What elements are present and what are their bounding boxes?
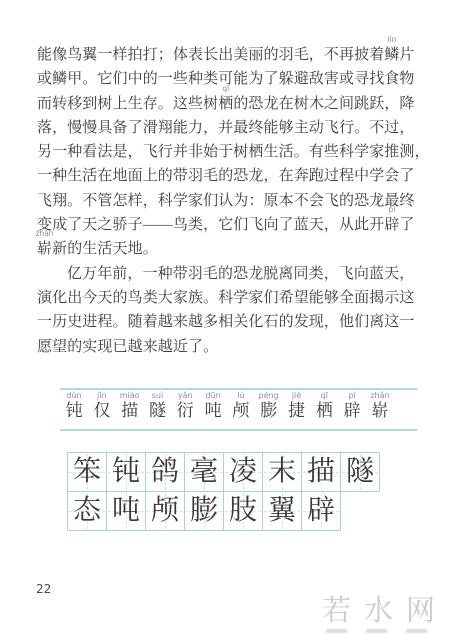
vocab-item: yǎn衍: [173, 391, 197, 422]
vocab-item: péng膨: [257, 391, 281, 422]
text-line: 愿望的实现已越来越近了。: [37, 335, 417, 359]
grid-row: 笨钝鸽毫凌末描隧: [67, 452, 380, 492]
text-run: 一种生活在地面上的带羽毛的恐龙，在奔跑过程中学会了: [37, 168, 415, 184]
grid-character: 末: [268, 452, 296, 492]
page-number: 22: [36, 582, 51, 596]
grid-row: 态吨颅膨肢翼辟: [67, 491, 380, 531]
vocab-character: 衍: [177, 400, 194, 422]
tianzige-cell: 膨: [184, 491, 224, 531]
character-writing-grid: 笨钝鸽毫凌末描隧态吨颅膨肢翼辟: [67, 452, 380, 531]
vocab-character: 钝: [66, 400, 83, 422]
text-line: 落，慢慢具备了滑翔能力，并最终能够主动飞行。不过，: [37, 116, 417, 140]
vocab-character: 膨: [260, 400, 277, 422]
watermark-small-marks: [326, 629, 446, 633]
tianzige-cell: 描: [301, 452, 341, 492]
text-run: 演化出今天的鸟类大家族。科学家们希望能够全面揭示这: [37, 290, 415, 306]
vocab-character: 仅: [93, 400, 110, 422]
pinyin-annotation: zhǎn: [36, 230, 54, 238]
grid-character: 吨: [112, 491, 140, 531]
vocab-character: 捷: [288, 400, 305, 422]
vocab-band-top-line: [60, 388, 417, 390]
grid-character: 钝: [112, 452, 140, 492]
vocab-pinyin: dùn: [66, 391, 81, 400]
text-line: 一种生活在地面上的带羽毛的恐龙，在奔跑过程中学会了: [37, 164, 417, 188]
text-run: 的恐龙在树木之间跳跃，降: [233, 96, 414, 112]
tianzige-cell: 肢: [223, 491, 263, 531]
text-line: 能像鸟翼一样拍打；体表长出美丽的羽毛，不再披着鳞lín片: [37, 43, 417, 67]
tianzige-cell: 钝: [106, 452, 146, 492]
tianzige-cell: 颅: [145, 491, 185, 531]
tianzige-cell: 笨: [67, 452, 107, 492]
vocab-item: miáo描: [118, 391, 142, 422]
vocab-item: pì辟: [340, 391, 364, 422]
vocab-character: 辟: [344, 400, 361, 422]
vocab-character: 崭: [371, 400, 388, 422]
vocab-pinyin: zhǎn: [370, 391, 389, 400]
annotated-char: 辟pì: [384, 213, 399, 237]
grid-character: 毫: [190, 452, 218, 492]
text-run: 而转移到树上生存。这些树: [37, 96, 218, 112]
vocab-character: 颅: [232, 400, 249, 422]
vocab-pinyin: yǎn: [178, 391, 193, 400]
grid-character: 颅: [151, 491, 179, 531]
grid-character: 描: [307, 452, 335, 492]
text-run: 新的生活天地。: [52, 241, 158, 257]
tianzige-cell: 末: [262, 452, 302, 492]
vocab-item: dūn吨: [201, 391, 225, 422]
vocab-character: 隧: [149, 400, 166, 422]
watermark-sub-mark: [406, 629, 427, 633]
text-run: 亿万年前，一种带羽毛的恐龙脱离同类，飞向蓝天，: [67, 266, 414, 282]
vocab-item: jié捷: [285, 391, 309, 422]
grid-character: 辟: [307, 491, 335, 531]
text-line: 演化出今天的鸟类大家族。科学家们希望能够全面揭示这: [37, 286, 417, 310]
text-line: 飞翔。不管怎样，科学家们认为：原本不会飞的恐龙最终: [37, 189, 417, 213]
vocab-pinyin: lú: [237, 391, 244, 400]
vocab-item: qī栖: [312, 391, 336, 422]
tianzige-cell: 鸽: [145, 452, 185, 492]
grid-character: 鸽: [151, 452, 179, 492]
grid-character: 肢: [229, 491, 257, 531]
vocab-item: zhǎn崭: [368, 391, 392, 422]
pinyin-annotation: pì: [388, 206, 395, 214]
text-run: 片: [399, 47, 414, 63]
vocab-item: suì隧: [145, 391, 169, 422]
vocab-pinyin: pì: [348, 391, 355, 400]
vocab-character: 栖: [316, 400, 333, 422]
new-words-pinyin-band: dùn钝jǐn仅miáo描suì隧yǎn衍dūn吨lú颅péng膨jié捷qī栖…: [62, 391, 392, 422]
text-line: 变成了天之骄子——鸟类，它们飞向了蓝天，从此开辟pì了: [37, 213, 417, 237]
annotated-char: 栖qī: [218, 92, 233, 116]
tianzige-cell: 凌: [223, 452, 263, 492]
vocab-pinyin: suì: [152, 391, 163, 400]
tianzige-cell: 隧: [340, 452, 380, 492]
vocab-character: 描: [121, 400, 138, 422]
pinyin-annotation: qī: [222, 85, 229, 93]
vocab-pinyin: miáo: [120, 391, 140, 400]
vocab-item: dùn钝: [62, 391, 86, 422]
vocab-item: jǐn仅: [90, 391, 114, 422]
text-run: 落，慢慢具备了滑翔能力，并最终能够主动飞行。不过，: [37, 120, 415, 136]
pinyin-annotation: lín: [387, 36, 396, 44]
text-run: 了: [399, 217, 414, 233]
textbook-page: 能像鸟翼一样拍打；体表长出美丽的羽毛，不再披着鳞lín片或鳞甲。它们中的一些种类…: [0, 0, 450, 636]
text-line: 一历史进程。随着越来越多相关化石的发现，他们离这一: [37, 310, 417, 334]
vocab-pinyin: qī: [321, 391, 328, 400]
tianzige-cell: 辟: [301, 491, 341, 531]
text-run: 变成了天之骄子——鸟类，它们飞向了蓝天，从此开: [37, 217, 384, 233]
annotated-char: 崭zhǎn: [37, 237, 52, 261]
grid-character: 膨: [190, 491, 218, 531]
text-run: 飞翔。不管怎样，科学家们认为：原本不会飞的恐龙最终: [37, 193, 415, 209]
vocab-character: 吨: [205, 400, 222, 422]
vocab-item: lú颅: [229, 391, 253, 422]
text-line: 崭zhǎn新的生活天地。: [37, 237, 417, 261]
text-line: 亿万年前，一种带羽毛的恐龙脱离同类，飞向蓝天，: [37, 262, 417, 286]
text-line: 另一种看法是，飞行并非始于树栖生活。有些科学家推测，: [37, 140, 417, 164]
grid-character: 态: [73, 491, 101, 531]
text-run: 愿望的实现已越来越近了。: [37, 339, 218, 355]
text-run: 一历史进程。随着越来越多相关化石的发现，他们离这一: [37, 314, 415, 330]
grid-character: 隧: [346, 452, 374, 492]
vocab-pinyin: péng: [259, 391, 279, 400]
vocab-pinyin: dūn: [205, 391, 220, 400]
tianzige-cell: 吨: [106, 491, 146, 531]
text-run: 能像鸟翼一样拍打；体表长出美丽的羽毛，不再披着: [37, 47, 384, 63]
vocab-pinyin: jié: [292, 391, 301, 400]
vocab-pinyin: jǐn: [97, 391, 107, 400]
grid-character: 凌: [229, 452, 257, 492]
tianzige-cell: 翼: [262, 491, 302, 531]
text-line: 而转移到树上生存。这些树栖qī的恐龙在树木之间跳跃，降: [37, 92, 417, 116]
watermark-sub-mark: [326, 629, 347, 633]
watermark-text: 若水网: [322, 594, 448, 626]
grid-character: 翼: [268, 491, 296, 531]
grid-character: 笨: [73, 452, 101, 492]
annotated-char: 鳞lín: [384, 43, 399, 67]
lesson-body-text: 能像鸟翼一样拍打；体表长出美丽的羽毛，不再披着鳞lín片或鳞甲。它们中的一些种类…: [37, 43, 417, 359]
tianzige-cell: 态: [67, 491, 107, 531]
tianzige-cell: 毫: [184, 452, 224, 492]
vocab-band-bottom-line: [60, 429, 417, 431]
text-run: 另一种看法是，飞行并非始于树栖生活。有些科学家推测，: [37, 144, 430, 160]
watermark-sub-mark: [366, 629, 387, 633]
